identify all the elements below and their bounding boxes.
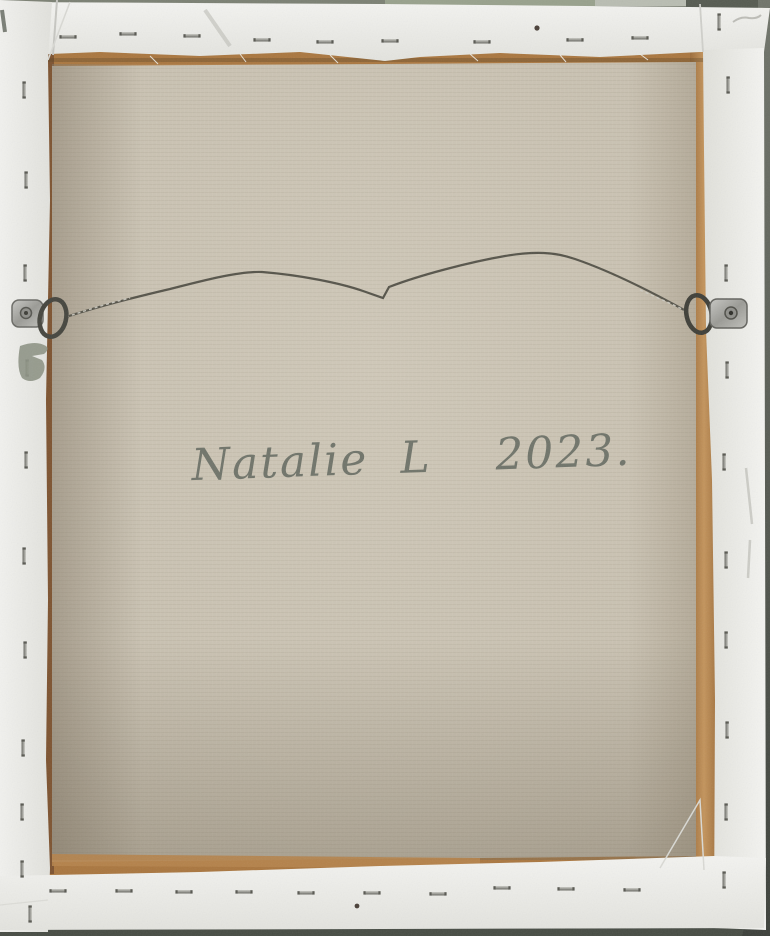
photo-grain-overlay	[0, 0, 770, 936]
scene-svg: Natalie L 2023.	[0, 0, 770, 936]
photo-canvas-back: Natalie L 2023.	[0, 0, 770, 936]
